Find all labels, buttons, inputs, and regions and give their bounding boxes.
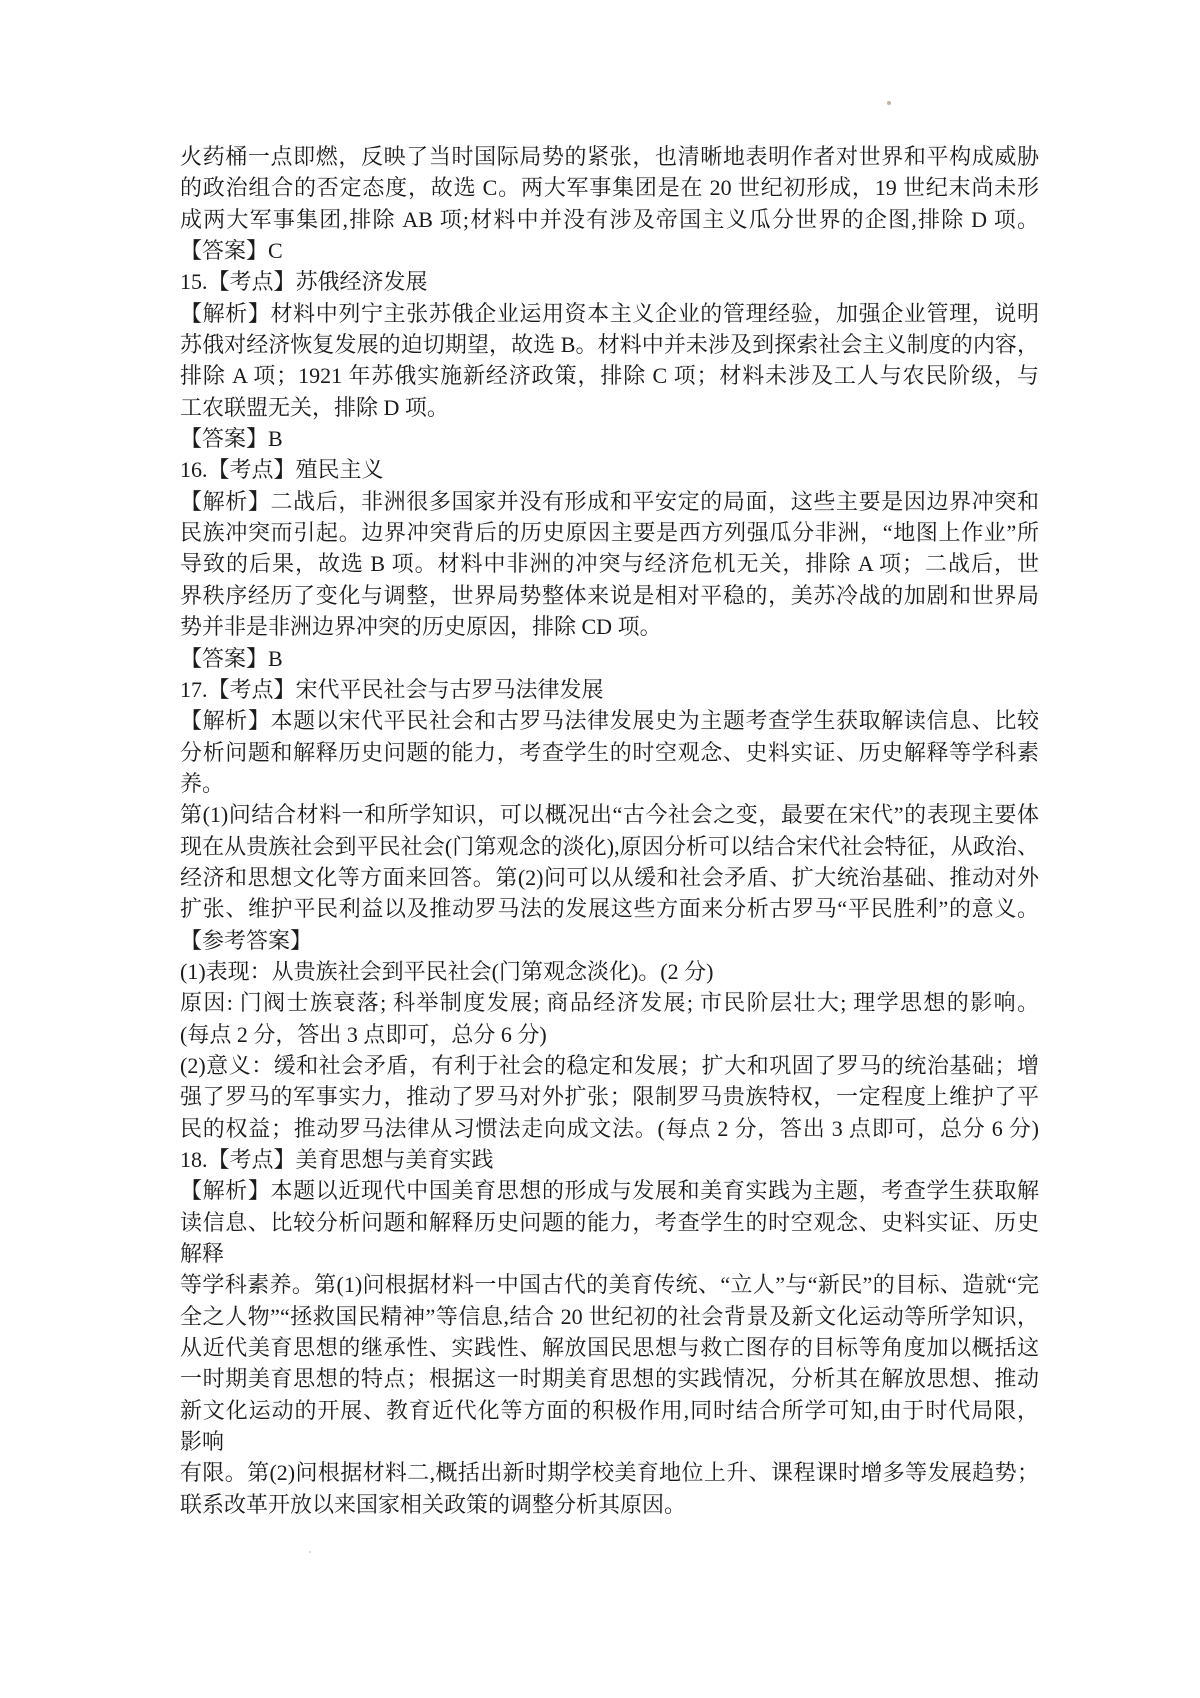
text-line: 从近代美育思想的继承性、实践性、解放国民思想与救亡图存的目标等角度加以概括这 (180, 1332, 1039, 1363)
text-line: 一时期美育思想的特点；根据这一时期美育思想的实践情况，分析其在解放思想、推动 (180, 1363, 1039, 1394)
text-line: 界秩序经历了变化与调整，世界局势整体来说是相对平稳的，美苏冷战的加剧和世界局 (180, 580, 1039, 611)
text-line: 【解析】二战后，非洲很多国家并没有形成和平安定的局面，这些主要是因边界冲突和 (180, 486, 1039, 517)
text-line: 18.【考点】美育思想与美育实践 (180, 1144, 1039, 1175)
text-line: 原因: 门阀士族衰落; 科举制度发展; 商品经济发展; 市民阶层壮大; 理学思想… (180, 987, 1039, 1018)
text-line: 现在从贵族社会到平民社会(门第观念的淡化),原因分析可以结合宋代社会特征，从政治… (180, 831, 1039, 862)
text-line: 16.【考点】殖民主义 (180, 454, 1039, 485)
text-line: (每点 2 分，答出 3 点即可，总分 6 分) (180, 1019, 1039, 1050)
text-line: 【答案】B (180, 643, 1039, 674)
text-line: 联系改革开放以来国家相关政策的调整分析其原因。 (180, 1489, 1039, 1520)
text-line: 强了罗马的军事实力，推动了罗马对外扩张；限制罗马贵族特权，一定程度上维护了平 (180, 1081, 1039, 1112)
answer-key-text-block: 火药桶一点即燃，反映了当时国际局势的紧张，也清晰地表明作者对世界和平构成威胁的政… (180, 141, 1039, 1520)
text-line: 排除 A 项；1921 年苏俄实施新经济政策，排除 C 项；材料未涉及工人与农民… (180, 360, 1039, 391)
text-line: 火药桶一点即燃，反映了当时国际局势的紧张，也清晰地表明作者对世界和平构成威胁 (180, 141, 1039, 172)
scan-speck (309, 1551, 311, 1553)
text-line: 工农联盟无关，排除 D 项。 (180, 392, 1039, 423)
text-line: 第(1)问结合材料一和所学知识，可以概况出“古今社会之变，最要在宋代”的表现主要… (180, 799, 1039, 830)
text-line: 17.【考点】宋代平民社会与古罗马法律发展 (180, 674, 1039, 705)
text-line: 影响 (180, 1426, 1039, 1457)
text-line: 的政治组合的否定态度，故选 C。两大军事集团是在 20 世纪初形成，19 世纪末… (180, 172, 1039, 203)
scan-speck (887, 101, 891, 105)
text-line: (1)表现：从贵族社会到平民社会(门第观念淡化)。(2 分) (180, 956, 1039, 987)
text-line: 15.【考点】苏俄经济发展 (180, 266, 1039, 297)
text-line: (2)意义：缓和社会矛盾，有利于社会的稳定和发展；扩大和巩固了罗马的统治基础；增 (180, 1050, 1039, 1081)
text-line: 养。 (180, 768, 1039, 799)
text-line: 民的权益；推动罗马法律从习惯法走向成文法。(每点 2 分，答出 3 点即可，总分… (180, 1113, 1039, 1144)
text-line: 民族冲突而引起。边界冲突背后的历史原因主要是西方列强瓜分非洲，“地图上作业”所 (180, 517, 1039, 548)
text-line: 【参考答案】 (180, 925, 1039, 956)
text-line: 【答案】B (180, 423, 1039, 454)
document-page: 火药桶一点即燃，反映了当时国际局势的紧张，也清晰地表明作者对世界和平构成威胁的政… (0, 0, 1200, 1698)
text-line: 分析问题和解释历史问题的能力，考查学生的时空观念、史料实证、历史解释等学科素 (180, 737, 1039, 768)
text-line: 【解析】本题以宋代平民社会和古罗马法律发展史为主题考查学生获取解读信息、比较 (180, 705, 1039, 736)
text-line: 新文化运动的开展、教育近代化等方面的积极作用,同时结合所学可知,由于时代局限， (180, 1395, 1039, 1426)
text-line: 经济和思想文化等方面来回答。第(2)问可以从缓和社会矛盾、扩大统治基础、推动对外 (180, 862, 1039, 893)
text-line: 读信息、比较分析问题和解释历史问题的能力，考查学生的时空观念、史料实证、历史 (180, 1207, 1039, 1238)
text-line: 全之人物”“拯救国民精神”等信息,结合 20 世纪初的社会背景及新文化运动等所学… (180, 1301, 1039, 1332)
text-line: 解释 (180, 1238, 1039, 1269)
text-line: 有限。第(2)问根据材料二,概括出新时期学校美育地位上升、课程课时增多等发展趋势… (180, 1457, 1039, 1488)
text-line: 势并非是非洲边界冲突的历史原因，排除 CD 项。 (180, 611, 1039, 642)
text-line: 【答案】C (180, 235, 1039, 266)
text-line: 【解析】本题以近现代中国美育思想的形成与发展和美育实践为主题，考查学生获取解 (180, 1175, 1039, 1206)
text-line: 苏俄对经济恢复发展的迫切期望，故选 B。材料中并未涉及到探索社会主义制度的内容， (180, 329, 1039, 360)
text-line: 扩张、维护平民利益以及推动罗马法的发展这些方面来分析古罗马“平民胜利”的意义。 (180, 893, 1039, 924)
text-line: 等学科素养。第(1)问根据材料一中国古代的美育传统、“立人”与“新民”的目标、造… (180, 1269, 1039, 1300)
text-line: 导致的后果，故选 B 项。材料中非洲的冲突与经济危机无关，排除 A 项；二战后，… (180, 548, 1039, 579)
text-line: 【解析】材料中列宁主张苏俄企业运用资本主义企业的管理经验，加强企业管理，说明 (180, 298, 1039, 329)
text-line: 成两大军事集团,排除 AB 项;材料中并没有涉及帝国主义瓜分世界的企图,排除 D… (180, 204, 1039, 235)
